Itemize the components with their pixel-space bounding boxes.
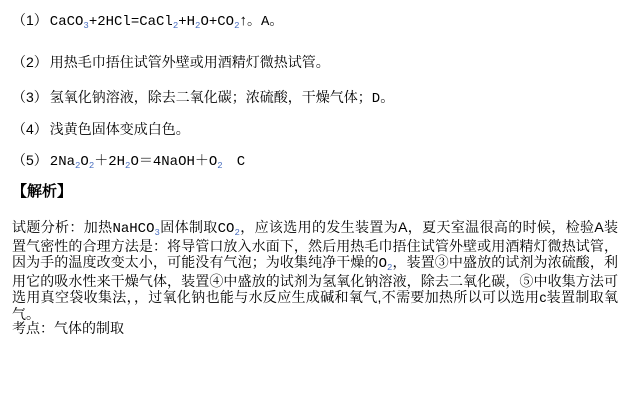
- chemical-equation-1: CaCO3+2HCl=CaCl2+H2O+CO2↑。A。: [50, 12, 284, 28]
- answer-line-5: （5）2Na2O2＋2H2O＝4NaOH＋O2 C: [12, 151, 245, 171]
- exam-point-text: 气体的制取: [54, 320, 124, 336]
- exam-point-label: 考点：: [12, 320, 54, 336]
- exam-point-line: 考点：气体的制取: [12, 319, 124, 337]
- analysis-section-header: 【解析】: [12, 183, 72, 201]
- answer-text-3: 氢氧化钠溶液，除去二氧化碳；浓硫酸，干燥气体；D。: [50, 89, 394, 105]
- answer-text-2: 用热毛巾捂住试管外壁或用酒精灯微热试管。: [50, 54, 330, 70]
- answer-text-4: 浅黄色固体变成白色。: [50, 121, 190, 137]
- answer-document: （1）CaCO3+2HCl=CaCl2+H2O+CO2↑。A。 （2）用热毛巾捂…: [0, 0, 630, 394]
- answer-line-2: （2）用热毛巾捂住试管外壁或用酒精灯微热试管。: [12, 53, 330, 71]
- answer-line-3: （3）氢氧化钠溶液，除去二氧化碳；浓硫酸，干燥气体；D。: [12, 88, 394, 108]
- answer-line-1: （1）CaCO3+2HCl=CaCl2+H2O+CO2↑。A。: [12, 11, 283, 31]
- answer-number-1: （1）: [12, 12, 48, 28]
- answer-number-2: （2）: [12, 54, 48, 70]
- answer-number-4: （4）: [12, 121, 48, 137]
- answer-number-3: （3）: [12, 89, 48, 105]
- answer-number-5: （5）: [12, 152, 48, 168]
- answer-line-4: （4）浅黄色固体变成白色。: [12, 120, 190, 138]
- chemical-equation-5: 2Na2O2＋2H2O＝4NaOH＋O2 C: [50, 152, 245, 168]
- analysis-body-paragraph: 试题分析：加热NaHCO3固体制取CO2，应该选用的发生装置为A，夏天室温很高的…: [12, 219, 618, 322]
